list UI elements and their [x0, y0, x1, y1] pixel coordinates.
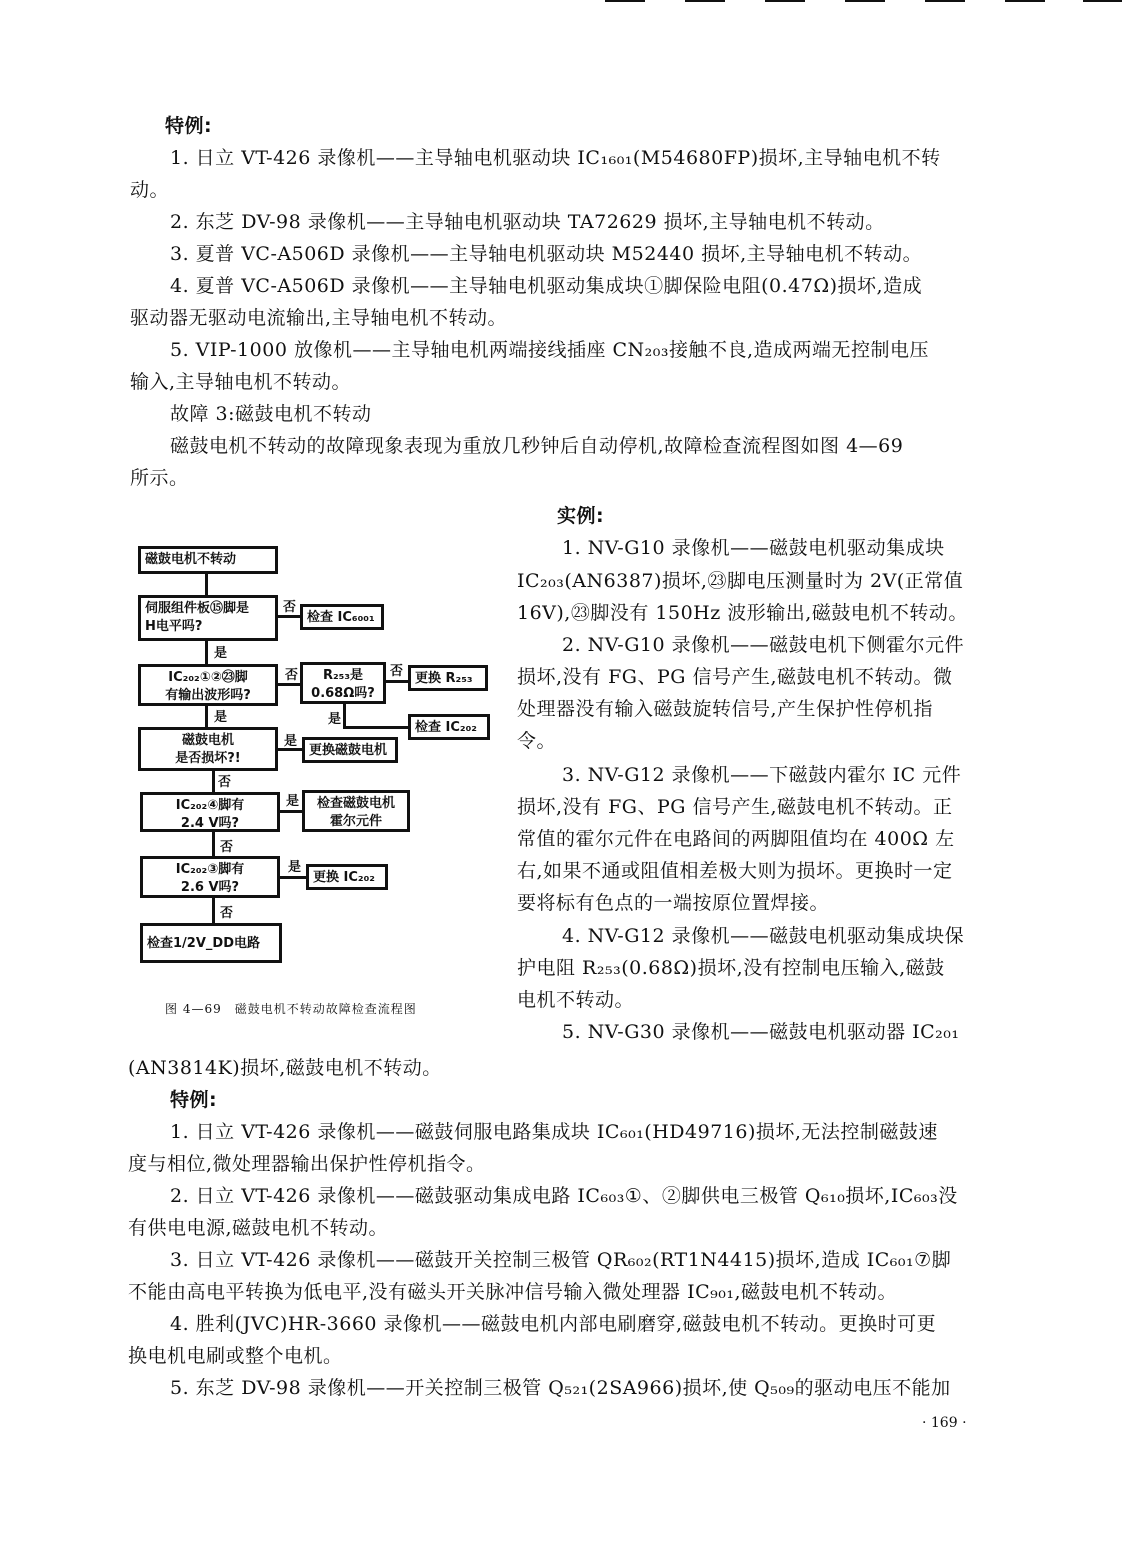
fc-label-no: 否 [220, 902, 233, 921]
fc-a5: 检查磁鼓电机 霍尔元件 [302, 790, 410, 832]
fc-end: 检查1/2V_DD电路 [140, 923, 282, 963]
fc-q1: 伺服组件板⑮脚是 H电平吗? [138, 595, 278, 641]
fc-q2: IC₂₀₂①②㉓脚 有输出波形吗? [138, 664, 278, 706]
example-line: 右,如果不通或阻值相差极大则为损坏。更换时一定 [517, 855, 953, 887]
paragraph-line: 动。 [130, 174, 169, 206]
fc-q1-line: 伺服组件板⑮脚是 [145, 600, 271, 618]
fc-q3-line: 0.68Ω吗? [307, 685, 379, 703]
example-line: 损坏,没有 FG、PG 信号产生,磁鼓电机不转动。微 [517, 661, 952, 693]
paragraph-line: 1. 日立 VT-426 录像机——主导轴电机驱动块 IC₁₆₀₁(M54680… [170, 142, 941, 174]
paragraph-line: 1. 日立 VT-426 录像机——磁鼓伺服电路集成块 IC₆₀₁(HD4971… [170, 1116, 938, 1148]
paragraph-line: 度与相位,微处理器输出保护性停机指令。 [128, 1148, 486, 1180]
paragraph-line: 4. 夏普 VC-A506D 录像机——主导轴电机驱动集成块①脚保险电阻(0.4… [170, 270, 922, 302]
fc-q5-line: 2.4 V吗? [147, 815, 273, 833]
paragraph-line: 5. 东芝 DV-98 录像机——开关控制三极管 Q₅₂₁(2SA966)损坏,… [170, 1372, 951, 1404]
example-line: 1. NV-G10 录像机——磁鼓电机驱动集成块 [562, 532, 945, 564]
fc-label-yes: 是 [214, 706, 227, 725]
example-line: 要将标有色点的一端按原位置焊接。 [517, 887, 829, 919]
paragraph-line: 不能由高电平转换为低电平,没有磁头开关脉冲信号输入微处理器 IC₉₀₁,磁鼓电机… [128, 1276, 897, 1308]
fc-a1: 检查 IC₆₀₀₁ [300, 604, 384, 630]
example-line: 护电阻 R₂₅₃(0.68Ω)损坏,没有控制电压输入,磁鼓 [517, 952, 945, 984]
fc-a3: 更换 R₂₅₃ [408, 665, 488, 691]
paragraph-line: 换电机电刷或整个电机。 [128, 1340, 343, 1372]
example-line: 5. NV-G30 录像机——磁鼓电机驱动器 IC₂₀₁ [562, 1016, 960, 1048]
example-line: 令。 [517, 725, 556, 757]
example-line: IC₂₀₃(AN6387)损坏,㉓脚电压测量时为 2V(正常值 [517, 565, 963, 597]
example-line: 电机不转动。 [517, 984, 634, 1016]
top-edge-mark [765, 0, 805, 2]
example-line: (AN3814K)损坏,磁鼓电机不转动。 [128, 1052, 442, 1084]
fc-q6-line: 2.6 V吗? [147, 879, 273, 897]
paragraph-line: 输入,主导轴电机不转动。 [130, 366, 351, 398]
fc-label-no: 否 [283, 596, 296, 615]
fc-label-no: 否 [390, 660, 403, 679]
example-line: 处理器没有输入磁鼓旋转信号,产生保护性停机指 [517, 693, 933, 725]
fault3-desc: 磁鼓电机不转动的故障现象表现为重放几秒钟后自动停机,故障检查流程图如图 4—69 [170, 430, 903, 462]
top-edge-mark [925, 0, 965, 2]
fc-q6-line: IC₂₀₂③脚有 [147, 861, 273, 879]
top-edge-mark [605, 0, 645, 2]
fc-label-no: 否 [218, 771, 231, 790]
fc-label-yes: 是 [286, 790, 299, 809]
examples-heading: 实例: [557, 500, 604, 532]
fc-q2-line: IC₂₀₂①②㉓脚 [145, 669, 271, 687]
fc-a6: 更换 IC₂₀₂ [306, 864, 388, 890]
paragraph-line: 2. 东芝 DV-98 录像机——主导轴电机驱动块 TA72629 损坏,主导轴… [170, 206, 885, 238]
fault3-desc: 所示。 [130, 462, 189, 494]
fc-label-yes: 是 [288, 856, 301, 875]
fc-label-yes: 是 [214, 642, 227, 661]
fc-label-no: 否 [285, 664, 298, 683]
section2-heading: 特例: [170, 1084, 217, 1116]
example-line: 4. NV-G12 录像机——磁鼓电机驱动集成块保 [562, 920, 964, 952]
fc-start: 磁鼓电机不转动 [138, 546, 278, 574]
page-number: · 169 · [922, 1415, 967, 1431]
top-edge-mark [845, 0, 885, 2]
example-line: 3. NV-G12 录像机——下磁鼓内霍尔 IC 元件 [562, 759, 961, 791]
example-line: 常值的霍尔元件在电路间的两脚阻值均在 400Ω 左 [517, 823, 955, 855]
fc-a3b: 检查 IC₂₀₂ [408, 714, 490, 740]
fc-q3-line: R₂₅₃是 [307, 667, 379, 685]
fc-a5-line: 霍尔元件 [309, 813, 403, 831]
fc-label-yes: 是 [328, 708, 341, 727]
paragraph-line: 5. VIP-1000 放像机——主导轴电机两端接线插座 CN₂₀₃接触不良,造… [170, 334, 929, 366]
top-edge-mark [1005, 0, 1045, 2]
paragraph-line: 有供电电源,磁鼓电机不转动。 [128, 1212, 388, 1244]
top-edge-mark [685, 0, 725, 2]
example-line: 损坏,没有 FG、PG 信号产生,磁鼓电机不转动。正 [517, 791, 952, 823]
paragraph-line: 4. 胜利(JVC)HR-3660 录像机——磁鼓电机内部电刷磨穿,磁鼓电机不转… [170, 1308, 936, 1340]
fc-q5-line: IC₂₀₂④脚有 [147, 797, 273, 815]
fc-a4: 更换磁鼓电机 [302, 737, 398, 763]
top-edge-mark [1083, 0, 1122, 2]
fc-q4-line: 磁鼓电机 [145, 732, 271, 750]
fc-label-no: 否 [220, 836, 233, 855]
fc-q4-line: 是否损坏?! [145, 750, 271, 768]
fc-q2-line: 有输出波形吗? [145, 687, 271, 705]
fc-label-yes: 是 [284, 730, 297, 749]
paragraph-line: 驱动器无驱动电流输出,主导轴电机不转动。 [130, 302, 507, 334]
paragraph-line: 3. 日立 VT-426 录像机——磁鼓开关控制三极管 QR₆₀₂(RT1N44… [170, 1244, 951, 1276]
paragraph-line: 3. 夏普 VC-A506D 录像机——主导轴电机驱动块 M52440 损坏,主… [170, 238, 922, 270]
figure-caption: 图 4—69 磁鼓电机不转动故障检查流程图 [165, 1000, 417, 1017]
fc-q4: 磁鼓电机 是否损坏?! [138, 727, 278, 771]
fc-q6: IC₂₀₂③脚有 2.6 V吗? [140, 856, 280, 898]
fc-q5: IC₂₀₂④脚有 2.4 V吗? [140, 792, 280, 832]
fc-q3: R₂₅₃是 0.68Ω吗? [300, 662, 386, 704]
paragraph-line: 2. 日立 VT-426 录像机——磁鼓驱动集成电路 IC₆₀₃①、②脚供电三极… [170, 1180, 958, 1212]
fault3-title: 故障 3:磁鼓电机不转动 [170, 398, 372, 430]
fc-q1-line: H电平吗? [145, 618, 271, 636]
example-line: 2. NV-G10 录像机——磁鼓电机下侧霍尔元件 [562, 629, 964, 661]
section1-heading: 特例: [165, 110, 212, 142]
fc-a5-line: 检查磁鼓电机 [309, 795, 403, 813]
example-line: 16V),㉓脚没有 150Hz 波形输出,磁鼓电机不转动。 [517, 597, 968, 629]
